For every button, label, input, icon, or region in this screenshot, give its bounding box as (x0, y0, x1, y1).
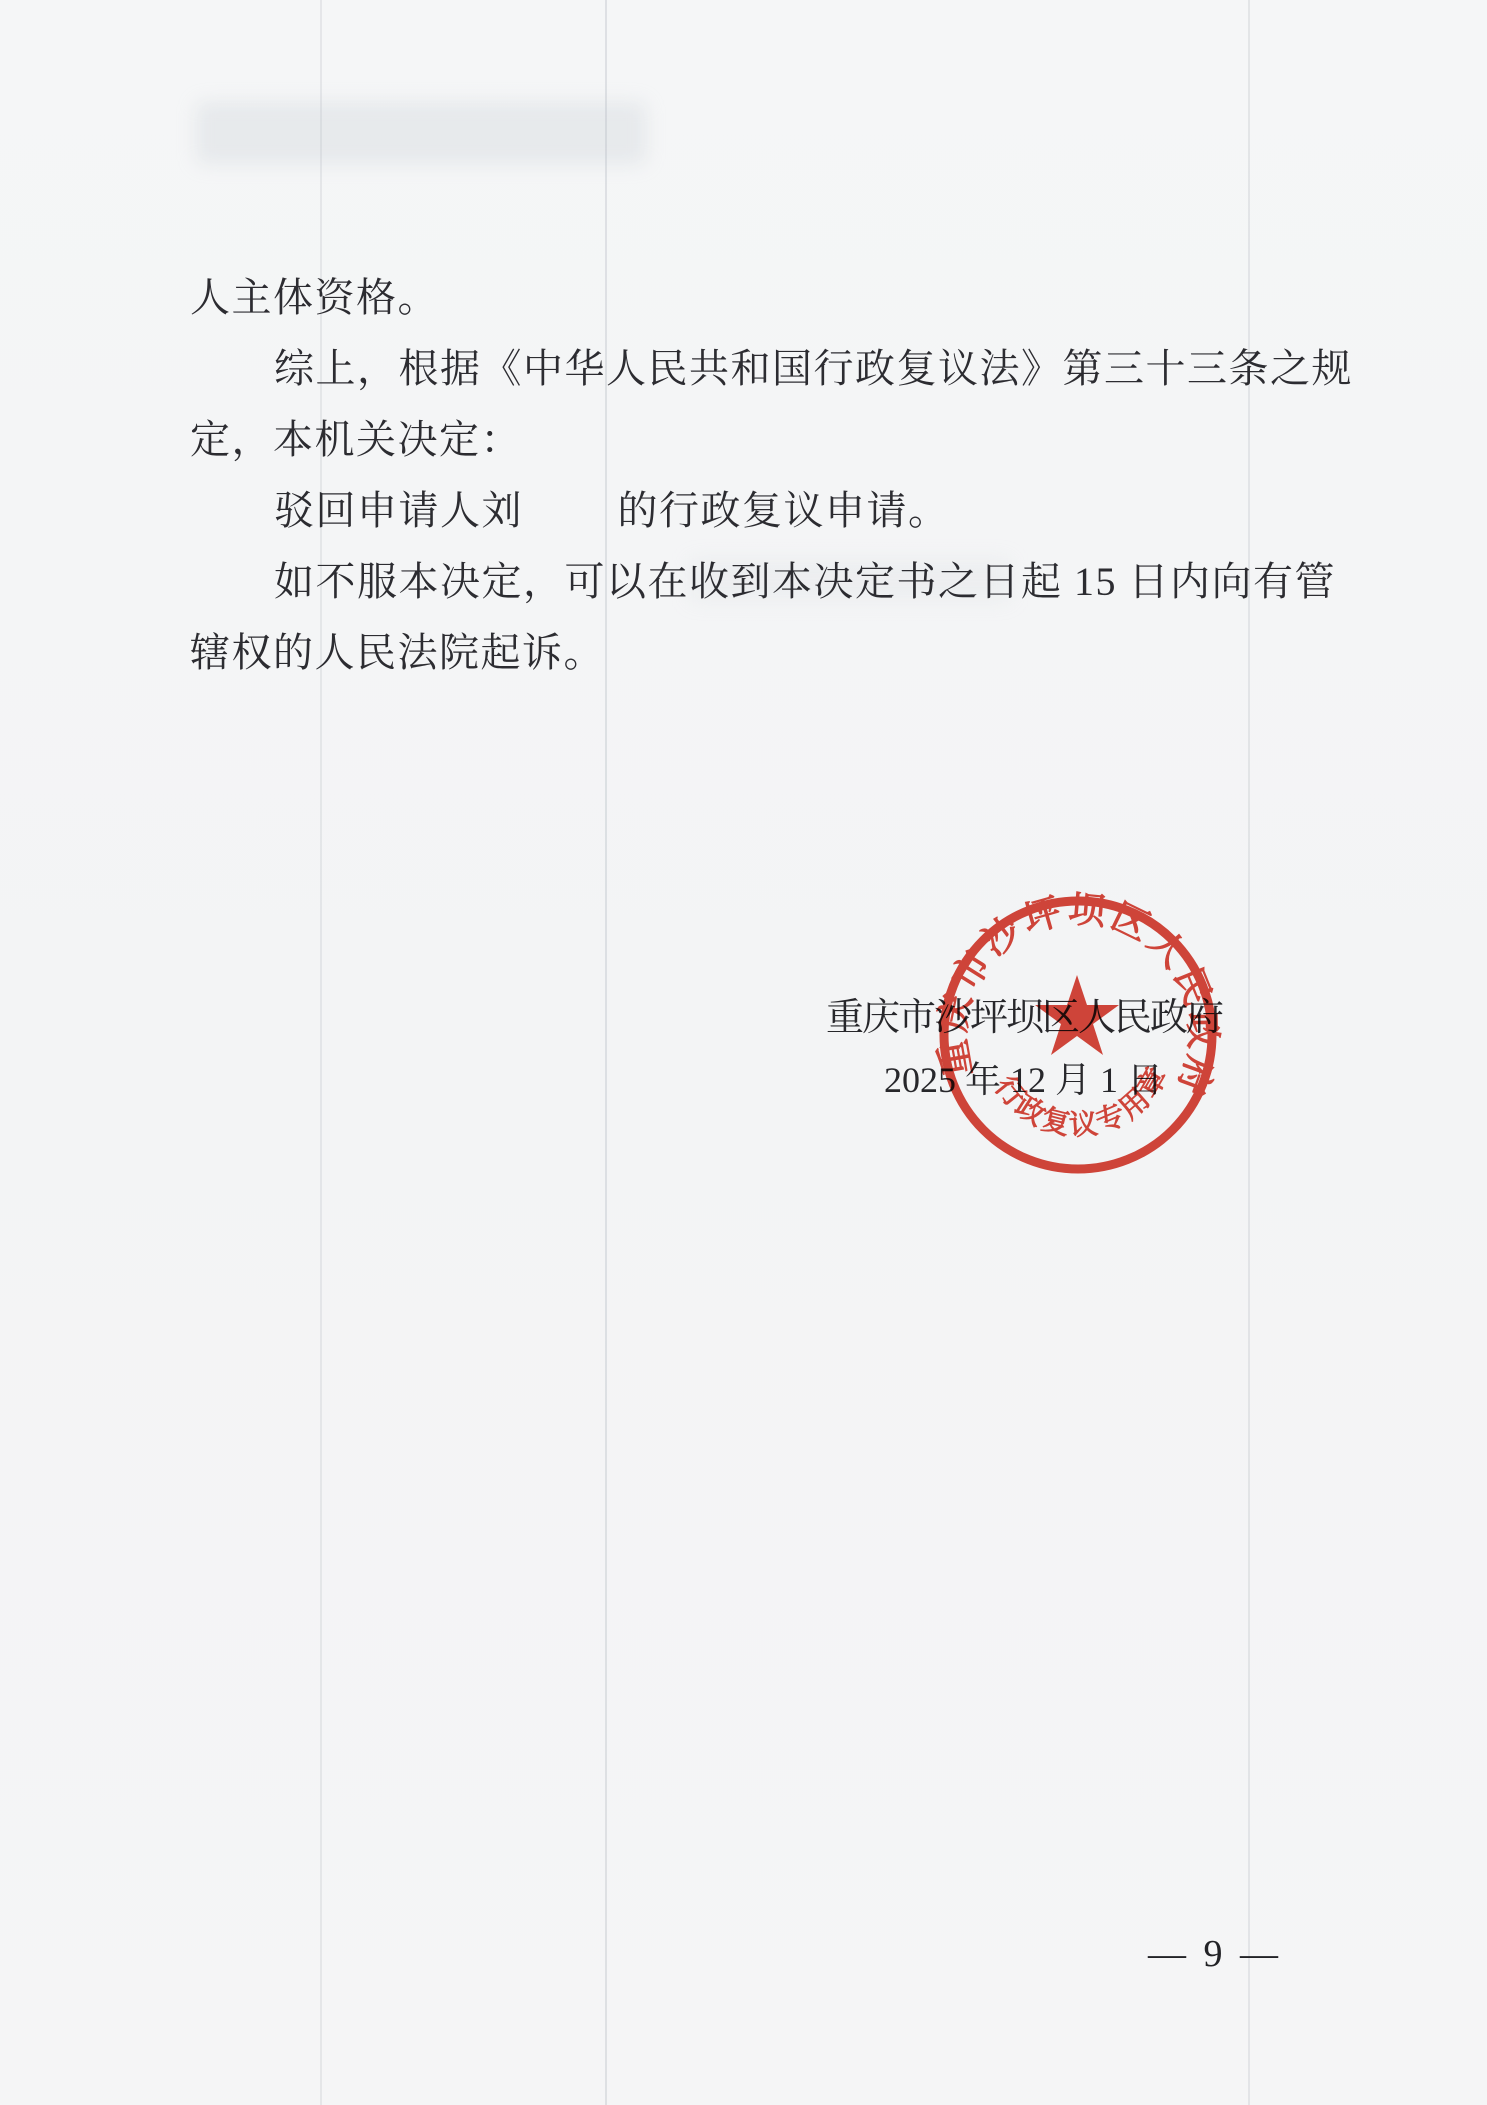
body-line: 辖权的人民法院起诉。 (190, 617, 1310, 688)
star-icon (1035, 975, 1119, 1055)
stamp-bottom-text: 行政复议专用章 (988, 1060, 1175, 1143)
document-page: 人主体资格。 综上，根据《中华人民共和国行政复议法》第三十三条之规 定，本机关决… (0, 0, 1487, 2105)
body-line: 定，本机关决定： (190, 404, 1310, 475)
svg-text:行政复议专用章: 行政复议专用章 (988, 1060, 1175, 1143)
body-line: 驳回申请人刘 的行政复议申请。 (190, 475, 1310, 546)
page-number: — 9 — (1148, 1932, 1282, 1976)
body-line: 综上，根据《中华人民共和国行政复议法》第三十三条之规 (190, 333, 1310, 404)
body-line: 如不服本决定，可以在收到本决定书之日起 15 日内向有管 (190, 546, 1310, 617)
scan-shadow-artifact (196, 102, 646, 164)
document-body: 人主体资格。 综上，根据《中华人民共和国行政复议法》第三十三条之规 定，本机关决… (190, 262, 1310, 688)
body-line: 人主体资格。 (190, 262, 1310, 333)
official-seal-stamp: 重庆市沙坪坝区人民政府 行政复议专用章 (933, 890, 1223, 1180)
